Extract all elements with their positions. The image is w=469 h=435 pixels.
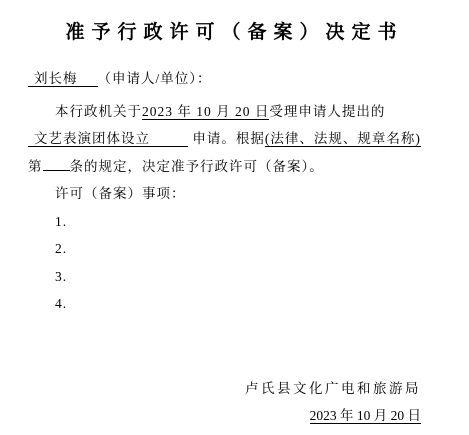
signature-date: 2023 年 10 月 20 日	[245, 402, 421, 429]
applicant-name: 刘长梅	[28, 71, 98, 87]
items-list: 1. 2. 3. 4.	[28, 208, 441, 318]
issuing-authority: 卢氏县文化广电和旅游局	[245, 375, 421, 402]
article-prefix: 第	[28, 159, 43, 174]
article-number-blank	[43, 157, 70, 171]
signature-date-text: 2023 年 10 月 20 日	[310, 408, 421, 424]
acceptance-prefix: 本行政机关于	[55, 104, 142, 119]
document-title: 准予行政许可（备案）决定书	[0, 0, 469, 46]
items-heading: 许可（备案）事项：	[28, 180, 441, 208]
decision-document: 准予行政许可（备案）决定书 刘长梅（申请人/单位）： 本行政机关于2023 年 …	[0, 0, 469, 435]
matter-line: 文艺表演团体设立 申请。根据(法律、法规、规章名称)	[28, 125, 441, 153]
legal-basis-blank: (法律、法规、规章名称)	[265, 131, 421, 147]
acceptance-date: 2023 年 10 月 20 日	[142, 104, 269, 120]
application-mid-text: 申请。根据	[192, 131, 265, 146]
document-body: 刘长梅（申请人/单位）： 本行政机关于2023 年 10 月 20 日受理申请人…	[0, 65, 469, 318]
list-item: 3.	[28, 263, 441, 291]
acceptance-line: 本行政机关于2023 年 10 月 20 日受理申请人提出的	[28, 98, 441, 126]
licensed-matter: 文艺表演团体设立	[28, 131, 188, 147]
list-item: 1.	[28, 208, 441, 236]
signature-block: 卢氏县文化广电和旅游局 2023 年 10 月 20 日	[245, 375, 421, 429]
acceptance-suffix: 受理申请人提出的	[269, 104, 385, 119]
article-line: 第条的规定，决定准予行政许可（备案）。	[28, 153, 441, 181]
list-item: 4.	[28, 290, 441, 318]
article-suffix: 条的规定，决定准予行政许可（备案）。	[70, 159, 324, 174]
list-item: 2.	[28, 235, 441, 263]
applicant-line: 刘长梅（申请人/单位）：	[28, 65, 441, 93]
applicant-label: （申请人/单位）：	[98, 71, 212, 86]
